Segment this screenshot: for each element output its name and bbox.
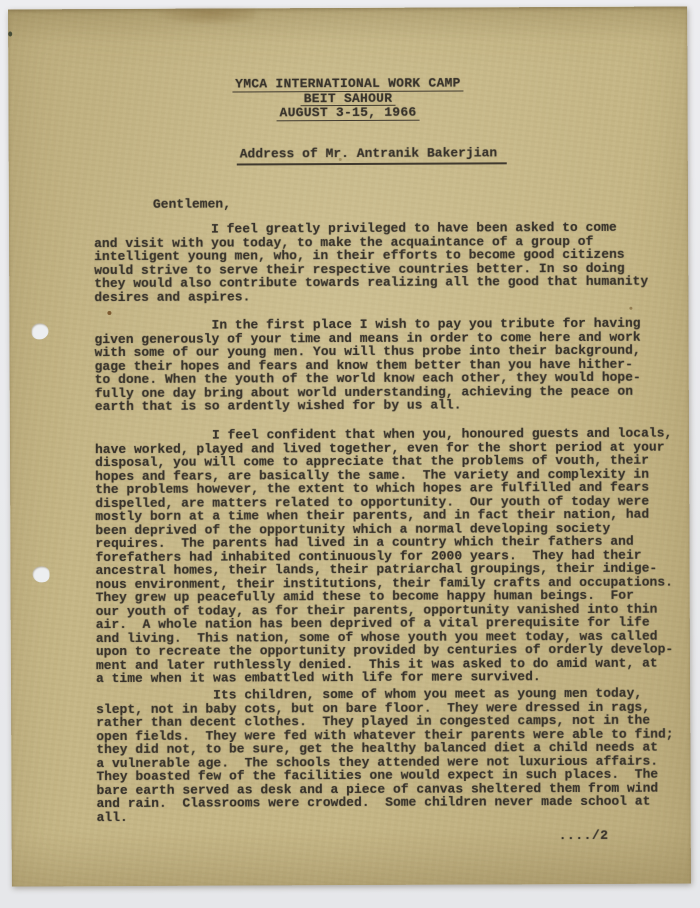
document-dates: AUGUST 3-15, 1966 (277, 106, 420, 121)
document-paragraph-2: In the first place I wish to pay you tri… (94, 317, 641, 414)
document-title: YMCA INTERNATIONAL WORK CAMP (232, 76, 463, 92)
document-paragraph-1: I feel greatly privileged to have been a… (94, 221, 648, 304)
typewritten-content: YMCA INTERNATIONAL WORK CAMP BEIT SAHOUR… (8, 7, 691, 887)
address-of-line: Address of Mr. Antranik Bakerjian (237, 146, 508, 165)
document-header: YMCA INTERNATIONAL WORK CAMP BEIT SAHOUR… (8, 76, 687, 122)
scan-background: YMCA INTERNATIONAL WORK CAMP BEIT SAHOUR… (0, 0, 700, 908)
page-continuation-marker: ..../2 (559, 828, 609, 843)
header-dates-line: AUGUST 3-15, 1966 (9, 105, 688, 122)
address-of-text: Address of Mr. Antranik Bakerjian (237, 146, 508, 165)
document-page: YMCA INTERNATIONAL WORK CAMP BEIT SAHOUR… (8, 7, 691, 887)
document-paragraph-4: Its children, some of whom you meet as y… (96, 687, 674, 825)
document-paragraph-3: I feel confident that when you, honoured… (95, 427, 673, 686)
salutation: Gentlemen, (153, 197, 231, 212)
